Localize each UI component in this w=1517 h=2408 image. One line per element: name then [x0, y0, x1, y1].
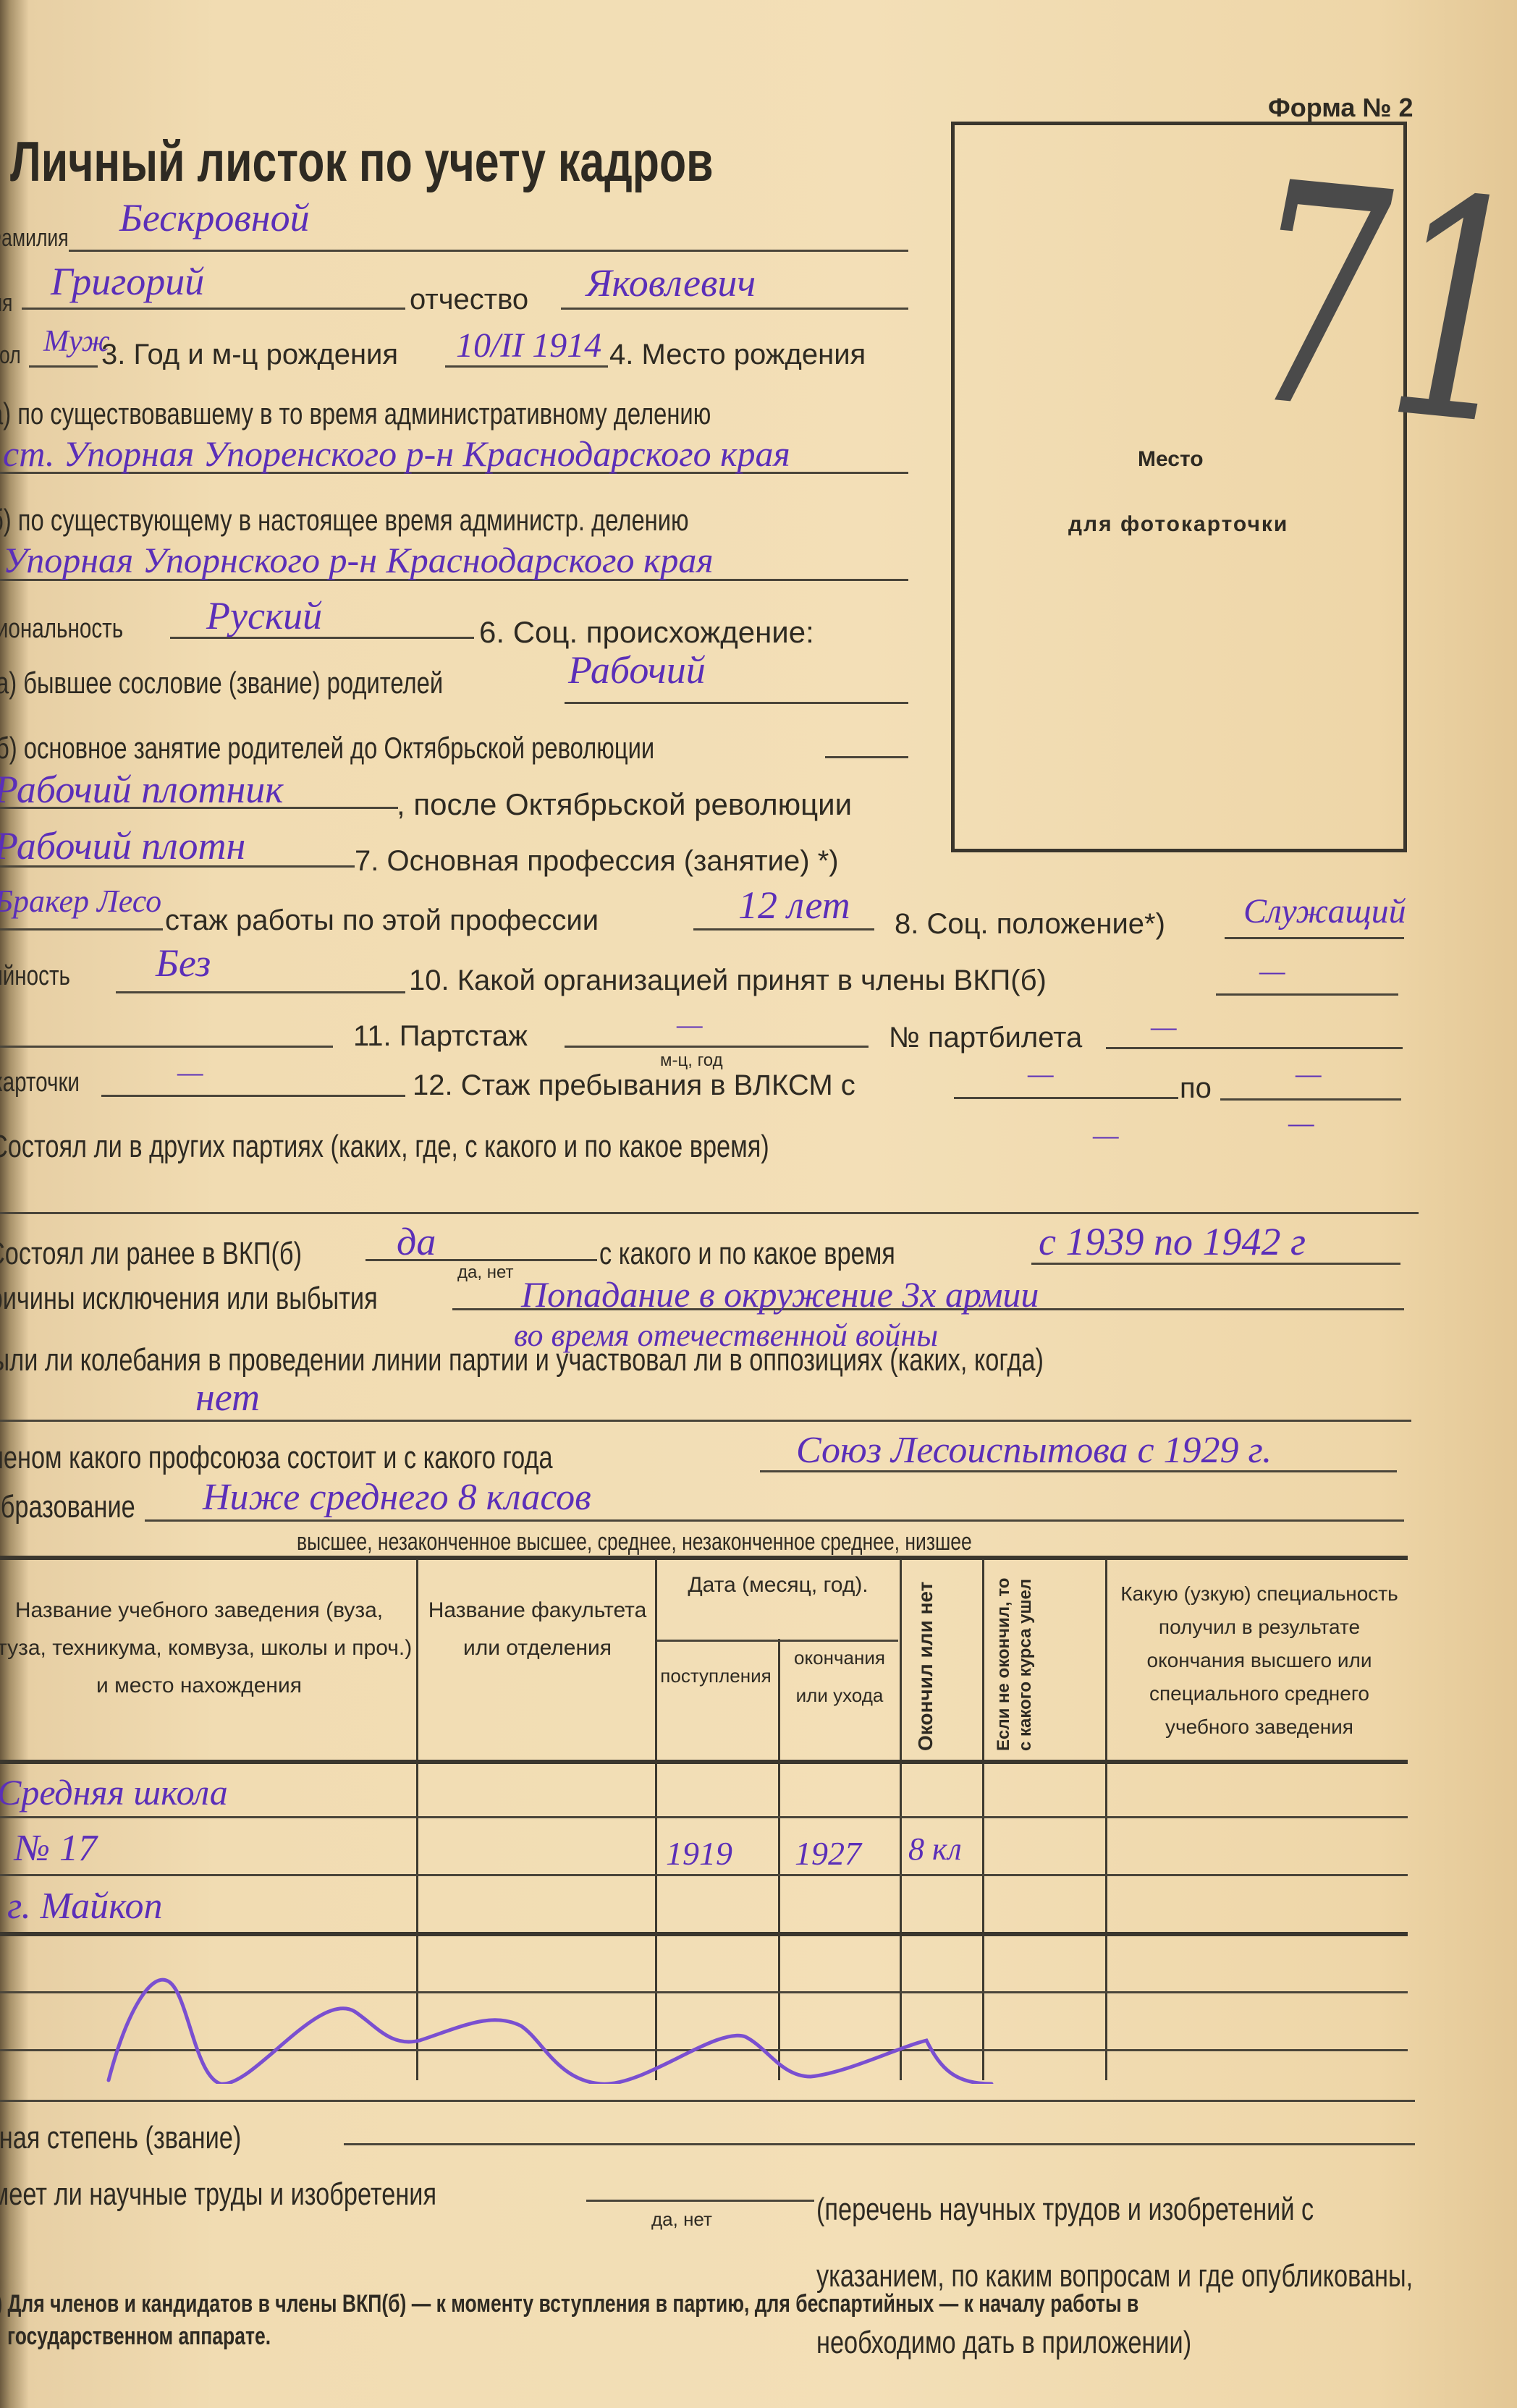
footnote-line-1: *) Для членов и кандидатов в члены ВКП(б…: [0, 2290, 1138, 2318]
other-parties-value-2[interactable]: —: [1288, 1106, 1314, 1140]
birth-place-old-label: а) по существовавшему в то время админис…: [0, 397, 711, 431]
table-header-bottom-border: [0, 1760, 1408, 1764]
table-rule-2: [0, 1874, 1408, 1876]
party-org-label: 10. Какой организацией принят в члены ВК…: [409, 965, 1047, 997]
name-label: имя: [0, 289, 12, 318]
degree-label: Ученая степень (звание): [0, 2120, 241, 2156]
table-rule-3: [0, 1932, 1408, 1936]
birth-place-new-label: б) по существующему в настоящее время ад…: [0, 503, 689, 538]
parents-occupation-before-line: [825, 756, 908, 758]
th-finished: Окончил или нет: [913, 1570, 938, 1751]
wavering-label: Были ли колебания в проведении линии пар…: [0, 1342, 1044, 1378]
pencil-file-number: 71: [1242, 116, 1517, 496]
party-tenure-hint: м-ц, год: [660, 1051, 723, 1071]
parents-occupation-after-label: , после Октябрьской революции: [397, 787, 852, 822]
party-tenure-value[interactable]: —: [677, 1007, 703, 1041]
social-status-value[interactable]: Служащий: [1243, 891, 1406, 931]
komsomol-to-value[interactable]: —: [1296, 1056, 1322, 1090]
wavering-value[interactable]: нет: [195, 1375, 260, 1420]
birth-place-label: 4. Место рождения: [609, 339, 866, 371]
works-label: Имеет ли научные труды и изобретения: [0, 2176, 436, 2213]
party-tenure-left-line: [0, 1046, 333, 1048]
trade-union-label: Членом какого профсоюза состоит и с како…: [0, 1440, 553, 1476]
table-row-institution-1[interactable]: Средняя школа: [0, 1771, 228, 1813]
cross-out-squiggle: [0, 1968, 1517, 2084]
former-vkpb-value[interactable]: да: [397, 1219, 436, 1264]
party-value[interactable]: Без: [156, 941, 211, 985]
parents-occupation-after-line: [0, 865, 355, 868]
works-line: [586, 2200, 814, 2202]
other-parties-line: [0, 1212, 1419, 1214]
table-row-date-end[interactable]: 1927: [795, 1834, 861, 1873]
party-org-value[interactable]: —: [1259, 954, 1285, 988]
profession-value[interactable]: Бракер Лесо: [0, 883, 161, 920]
party-card-label: № партбилета: [889, 1022, 1082, 1054]
party-org-line: [1216, 993, 1398, 996]
table-top-border: [0, 1556, 1408, 1560]
profession-experience-line: [693, 928, 874, 930]
parents-occupation-before-value[interactable]: Рабочий плотник: [0, 767, 284, 812]
birth-date-value[interactable]: 10/II 1914: [456, 326, 601, 365]
th-date-start: поступления: [655, 1657, 777, 1695]
th-faculty: Название факультета или отделения: [427, 1592, 648, 1667]
party-tenure-label: 11. Партстаж: [353, 1020, 528, 1053]
former-vkpb-period-value[interactable]: с 1939 по 1942 г: [1039, 1219, 1306, 1264]
education-line: [145, 1519, 1404, 1522]
card-value[interactable]: —: [177, 1055, 203, 1089]
surname-value[interactable]: Бескровной: [119, 195, 310, 240]
party-card-value[interactable]: —: [1151, 1009, 1177, 1043]
footnote-line-2: государственном аппарате.: [7, 2323, 271, 2351]
form-title: Личный листок по учету кадров: [10, 129, 714, 195]
table-row-date-start[interactable]: 1919: [666, 1834, 732, 1873]
profession-experience-value[interactable]: 12 лет: [738, 883, 850, 928]
former-vkpb-period-label: с какого и по какое время: [599, 1236, 895, 1272]
parents-occupation-after-value[interactable]: Рабочий плотн: [0, 823, 245, 868]
patronymic-value[interactable]: Яковлевич: [586, 260, 756, 305]
social-status-label: 8. Соц. положение*): [895, 908, 1165, 941]
th-specialty: Какую (узкую) специальность получил в ре…: [1115, 1577, 1404, 1744]
social-status-line: [1225, 937, 1404, 939]
th-date-end: окончания или ухода: [782, 1639, 897, 1714]
profession-label: 7. Основная профессия (занятие) *): [355, 845, 839, 878]
nationality-label: Национальность: [0, 614, 123, 645]
birth-date-label: 3. Год и м-ц рождения: [101, 339, 398, 371]
table-row-institution-3[interactable]: г. Майкоп: [7, 1885, 163, 1928]
parents-estate-line: [565, 702, 908, 704]
name-line: [22, 308, 405, 310]
card-label: карточки: [0, 1067, 80, 1098]
komsomol-to-line: [1220, 1098, 1401, 1101]
table-rule-1: [0, 1816, 1408, 1818]
nationality-value[interactable]: Руский: [206, 593, 322, 638]
komsomol-label: 12. Стаж пребывания в ВЛКСМ с: [413, 1069, 855, 1102]
profession-experience-label: стаж работы по этой профессии: [165, 904, 599, 937]
th-course: Если не окончил, то с какого курса ушел: [993, 1570, 1036, 1751]
party-card-line: [1106, 1047, 1403, 1049]
patronymic-line: [561, 308, 908, 310]
parents-estate-label: а) бывшее сословие (звание) родителей: [0, 666, 443, 700]
other-parties-value-1[interactable]: —: [1093, 1118, 1119, 1152]
trade-union-value[interactable]: Союз Лесоиспытова с 1929 г.: [796, 1429, 1272, 1472]
exclusion-reason-label: Причины исключения или выбытия: [0, 1281, 378, 1317]
patronymic-label: отчество: [410, 284, 528, 316]
table-row-finished[interactable]: 8 кл: [908, 1831, 962, 1868]
party-line: [116, 991, 405, 993]
exclusion-reason-value-1[interactable]: Попадание в окружение 3х армии: [521, 1273, 1039, 1315]
education-value[interactable]: Ниже среднего 8 класов: [203, 1476, 591, 1519]
photo-box-label-1: Место: [1138, 447, 1204, 472]
section-bottom-rule: [0, 2100, 1415, 2102]
education-label: Образование: [0, 1489, 135, 1525]
education-hint: высшее, незаконченное высшее, среднее, н…: [297, 1528, 972, 1556]
komsomol-to-label: по: [1180, 1072, 1212, 1105]
photo-box-label-2: для фотокарточки: [1068, 512, 1288, 537]
th-institution: Название учебного заведения (вуза, втуза…: [0, 1592, 413, 1705]
birth-place-new-value[interactable]: Упорная Упорнского р-н Краснодарского кр…: [3, 539, 714, 581]
degree-line: [344, 2143, 1415, 2145]
former-vkpb-hint: да, нет: [457, 1263, 513, 1283]
former-vkpb-label: Состоял ли ранее в ВКП(б): [0, 1236, 302, 1272]
party-tenure-line: [565, 1046, 869, 1048]
party-label: Партийность: [0, 961, 70, 992]
parents-occupation-before-value-line: [0, 807, 398, 809]
profession-line: [0, 928, 163, 930]
parents-occupation-before-label: б) основное занятие родителей до Октябрь…: [0, 731, 654, 766]
sex-value[interactable]: Муж: [43, 324, 110, 359]
works-note: (перечень научных трудов и изобретений с…: [816, 2176, 1437, 2376]
th-date-group: Дата (месяц, год).: [662, 1567, 894, 1604]
surname-line: [69, 250, 908, 252]
name-value[interactable]: Григорий: [51, 259, 204, 304]
social-origin-label: 6. Соц. происхождение:: [479, 615, 814, 650]
komsomol-from-value[interactable]: —: [1028, 1056, 1054, 1090]
card-line: [101, 1095, 405, 1097]
parents-estate-value[interactable]: Рабочий: [568, 648, 706, 692]
sex-label: Пол: [0, 342, 21, 370]
other-parties-label: Состоял ли в других партиях (каких, где,…: [0, 1129, 769, 1165]
birth-date-line: [445, 365, 608, 368]
surname-label: Фамилия: [0, 224, 69, 253]
table-row-institution-2[interactable]: № 17: [14, 1827, 97, 1870]
komsomol-from-line: [954, 1097, 1178, 1099]
sex-line: [29, 365, 98, 368]
works-hint: да, нет: [651, 2208, 712, 2231]
wavering-line: [0, 1420, 1411, 1422]
birth-place-old-value[interactable]: ст. Упорная Упоренского р-н Краснодарско…: [3, 433, 790, 475]
